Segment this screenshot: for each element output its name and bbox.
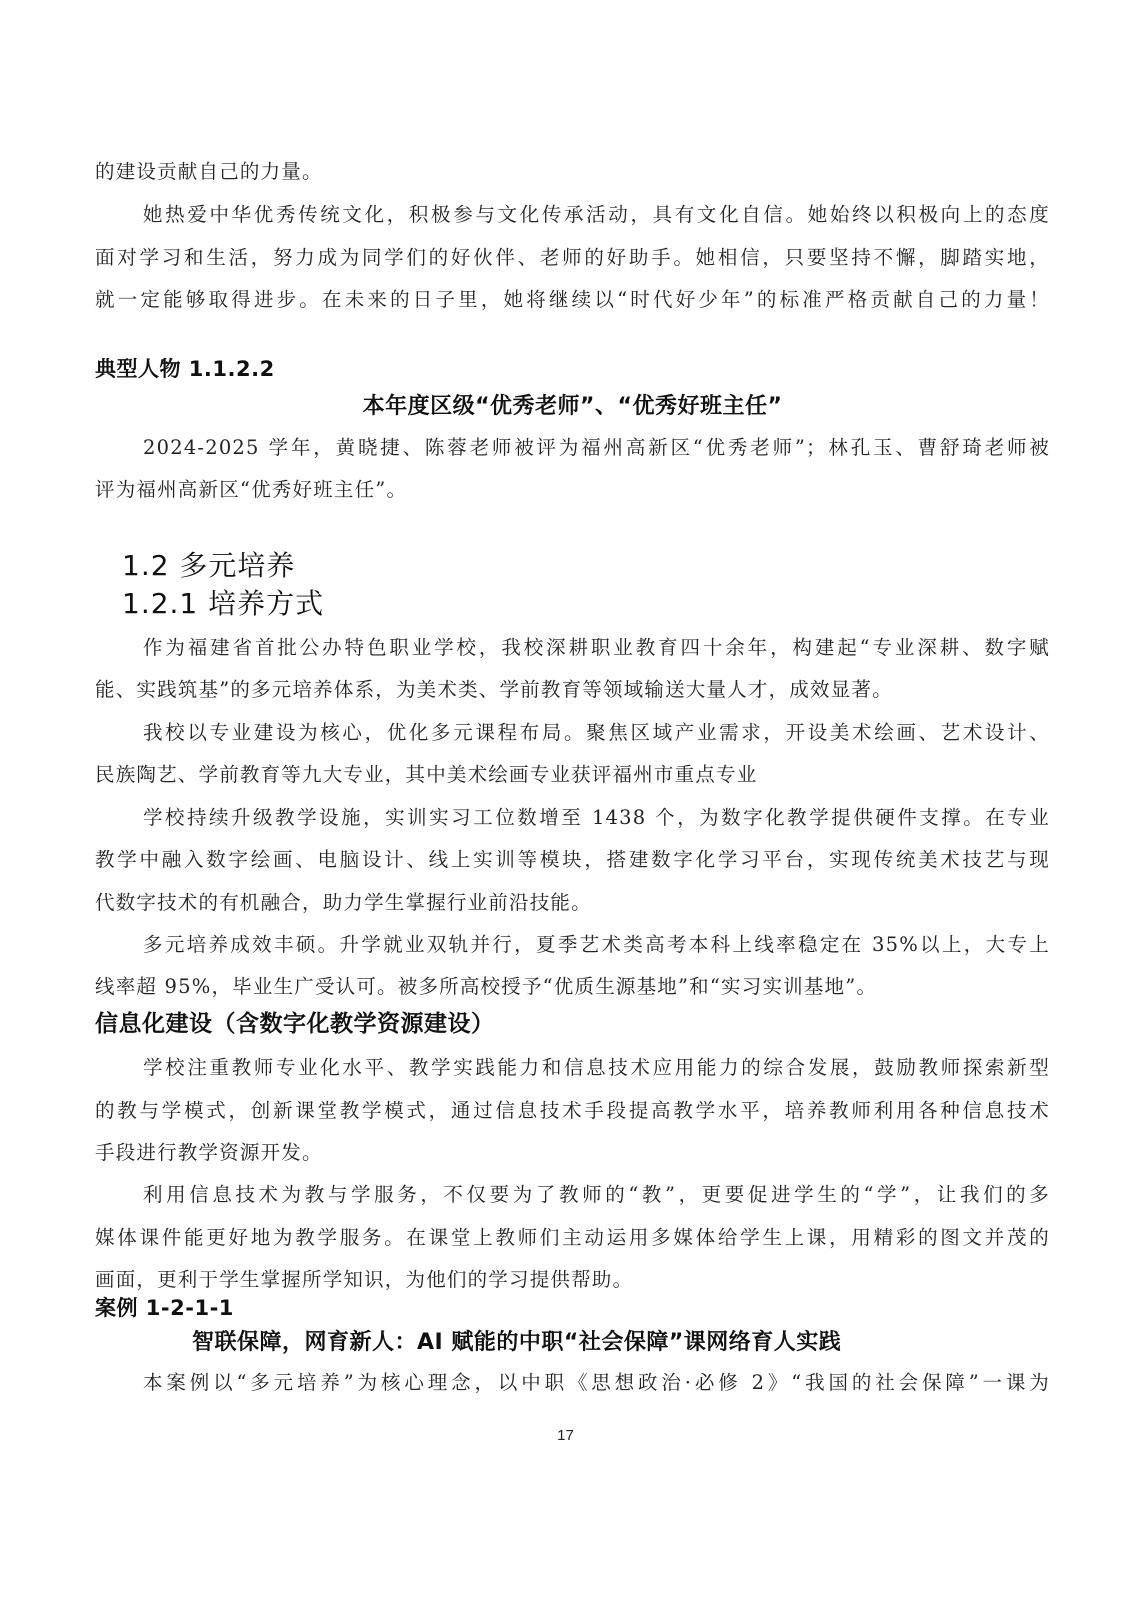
document-page: 的建设贡献自己的力量。 她热爱中华优秀传统文化，积极参与文化传承活动，具有文化自…	[0, 0, 1131, 1600]
paragraph-line: 利用信息技术为教与学服务，不仅要为了教师的“教”，更要促进学生的“学”，让我们的…	[143, 1181, 1050, 1209]
subsection-heading: 1.2.1 培养方式	[122, 586, 324, 622]
paragraph-line: 作为福建省首批公办特色职业学校，我校深耕职业教育四十余年，构建起“专业深耕、数字…	[143, 634, 1050, 662]
paragraph-line: 画面，更利于学生掌握所学知识，为他们的学习提供帮助。	[95, 1266, 1050, 1294]
paragraph-line: 媒体课件能更好地为教学服务。在课堂上教师们主动运用多媒体给学生上课，用精彩的图文…	[95, 1224, 1050, 1252]
paragraph-line: 就一定能够取得进步。在未来的日子里，她将继续以“时代好少年”的标准严格贡献自己的…	[95, 286, 1050, 314]
case-title: 智联保障，网育新人：AI 赋能的中职“社会保障”课网络育人实践	[140, 1327, 1020, 1359]
paragraph-line: 本案例以“多元培养”为核心理念，以中职《思想政治·必修 2》“我国的社会保障”一…	[143, 1369, 1050, 1397]
paragraph-line: 能、实践筑基”的多元培养体系，为美术类、学前教育等领域输送大量人才，成效显著。	[95, 676, 1050, 704]
paragraph-line: 的教与学模式，创新课堂教学模式，通过信息技术手段提高教学水平，培养教师利用各种信…	[95, 1097, 1050, 1125]
paragraph-line: 民族陶艺、学前教育等九大专业，其中美术绘画专业获评福州市重点专业	[95, 761, 1050, 789]
paragraph-continuation: 的建设贡献自己的力量。	[95, 158, 1050, 186]
paragraph-line: 2024-2025 学年，黄晓捷、陈蓉老师被评为福州高新区“优秀老师”；林孔玉、…	[143, 434, 1050, 462]
paragraph-line: 我校以专业建设为核心，优化多元课程布局。聚焦区域产业需求，开设美术绘画、艺术设计…	[143, 719, 1050, 747]
it-construction-heading: 信息化建设（含数字化教学资源建设）	[95, 1008, 1050, 1040]
page-number: 17	[0, 1427, 1131, 1444]
paragraph-line: 学校注重教师专业化水平、教学实践能力和信息技术应用能力的综合发展，鼓励教师探索新…	[143, 1054, 1050, 1082]
paragraph-line: 代数字技术的有机融合，助力学生掌握行业前沿技能。	[95, 889, 1050, 917]
paragraph-line: 她热爱中华优秀传统文化，积极参与文化传承活动，具有文化自信。她始终以积极向上的态…	[143, 201, 1050, 229]
paragraph-line: 多元培养成效丰硕。升学就业双轨并行，夏季艺术类高考本科上线率稳定在 35%以上，…	[143, 931, 1050, 959]
paragraph-line: 教学中融入数字绘画、电脑设计、线上实训等模块，搭建数字化学习平台，实现传统美术技…	[95, 846, 1050, 874]
paragraph-line: 面对学习和生活，努力成为同学们的好伙伴、老师的好助手。她相信，只要坚持不懈，脚踏…	[95, 244, 1050, 272]
section-heading: 1.2 多元培养	[122, 548, 295, 584]
paragraph-line: 手段进行教学资源开发。	[95, 1139, 1050, 1167]
typical-person-title: 本年度区级“优秀老师”、“优秀好班主任”	[95, 391, 1050, 423]
paragraph-line: 线率超 95%，毕业生广受认可。被多所高校授予“优质生源基地”和“实习实训基地”…	[95, 973, 1050, 1001]
paragraph-line: 学校持续升级教学设施，实训实习工位数增至 1438 个，为数字化教学提供硬件支撑…	[143, 804, 1050, 832]
case-label: 案例 1-2-1-1	[95, 1293, 1050, 1323]
typical-person-label: 典型人物 1.1.2.2	[95, 354, 1050, 384]
paragraph-line: 评为福州高新区“优秀好班主任”。	[95, 476, 1050, 504]
